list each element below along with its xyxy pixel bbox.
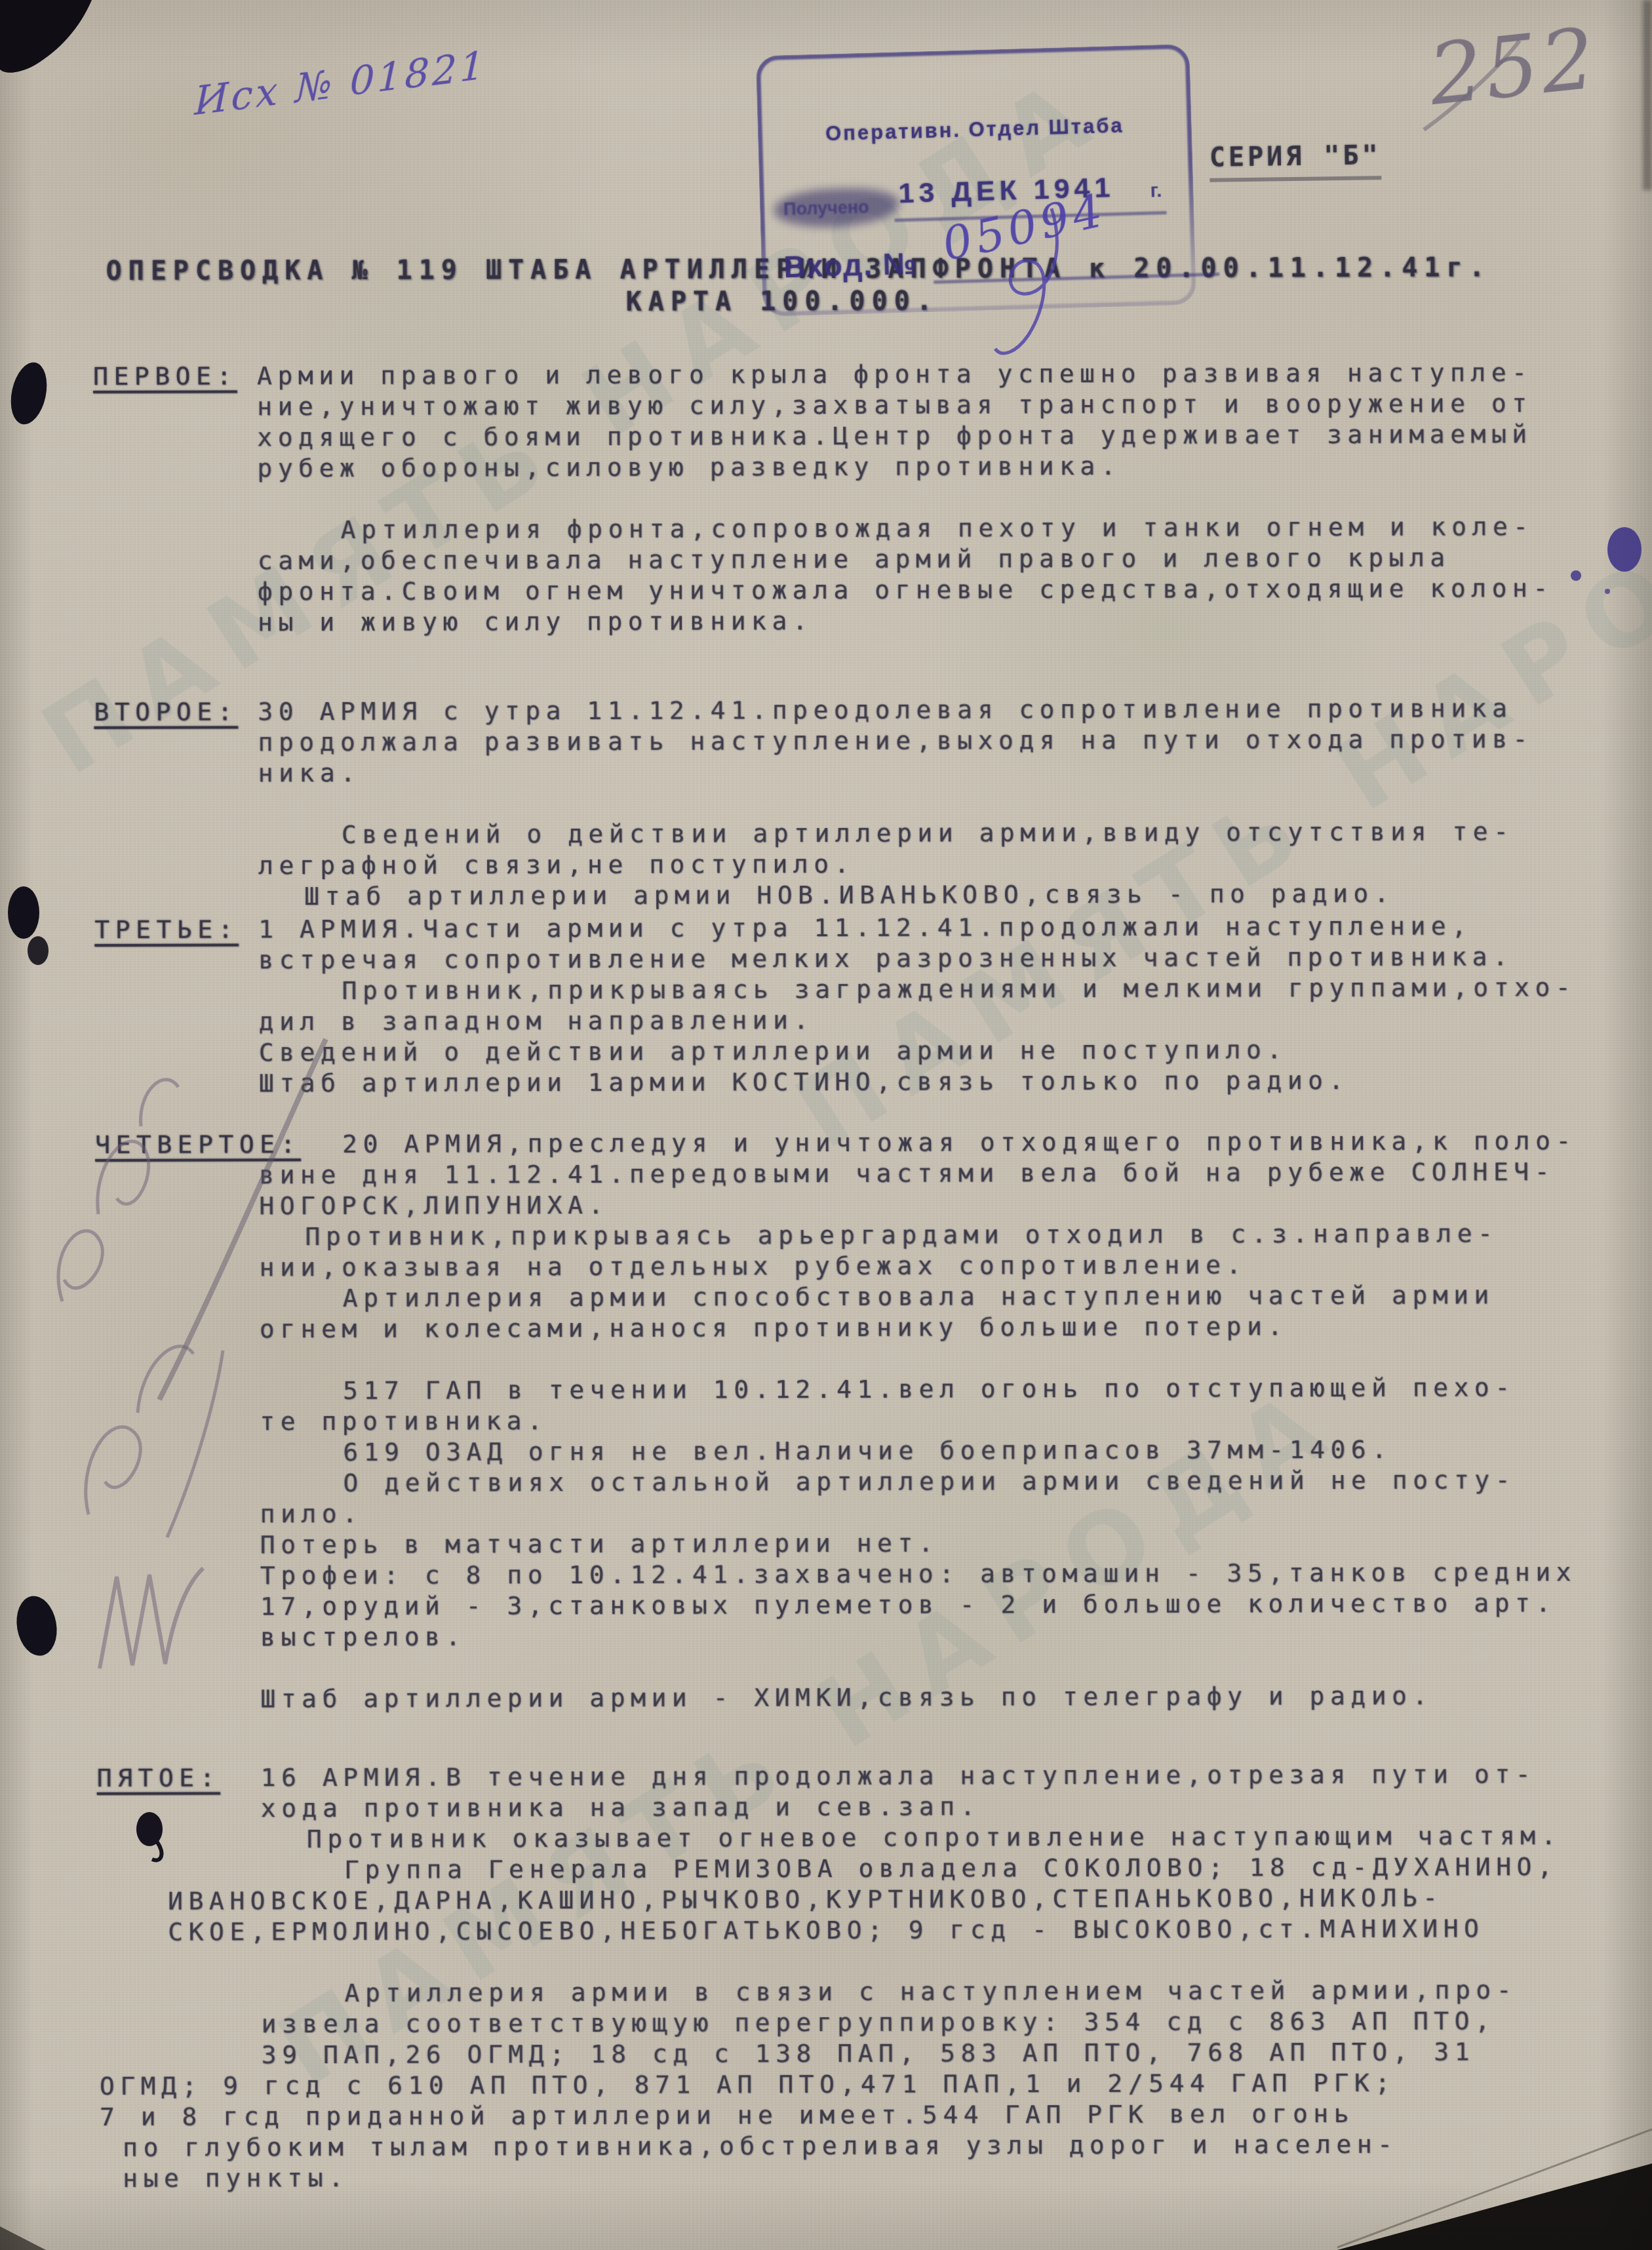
typed-line: леграфной связи,не поступило. (258, 847, 1638, 882)
typed-line: сами,обеспечивала наступление армий прав… (258, 542, 1638, 577)
typed-line: пило. (260, 1495, 1640, 1530)
typed-line: ходящего с боями противника.Центр фронта… (257, 419, 1637, 454)
typed-line: извела соответствующую перегруппировку: … (262, 2005, 1642, 2040)
section-label-pyatoe: ПЯТОЕ: (97, 1762, 220, 1793)
stamp-entry-label: Вход. № (783, 246, 918, 285)
typed-line: дил в западном направлении. (259, 1003, 1639, 1038)
section-vtoroe: ВТОРОЕ: 30 АРМИЯ с утра 11.12.41.преодол… (94, 693, 1638, 913)
typed-line: Штаб артиллерии 1армии КОСТИНО,связь тол… (259, 1065, 1639, 1099)
typed-line: Артиллерия армии способствовала наступле… (260, 1280, 1640, 1314)
typed-line: 619 ОЗАД огня не вел.Наличие боеприпасов… (260, 1434, 1640, 1469)
typed-line: ные пункты. (123, 2160, 1642, 2194)
typed-line: СКОЕ,ЕРМОЛИНО,СЫСОЕВО,НЕБОГАТЬКОВО; 9 гс… (168, 1913, 1641, 1948)
section-pervoe: ПЕРВОЕ: Армии правого и левого крыла фро… (93, 357, 1638, 639)
section-label-tretye: ТРЕТЬЕ: (94, 914, 239, 945)
typed-line: Сведений о действии артиллерии армии не … (259, 1034, 1639, 1069)
typed-line: те противника. (260, 1403, 1640, 1438)
typed-line: Группа Генерала РЕМИЗОВА овладела СОКОЛО… (261, 1851, 1641, 1886)
typed-line: О действиях остальной артиллерии армии с… (260, 1465, 1640, 1499)
typed-line: 7 и 8 гсд приданной артиллерии не имеет.… (100, 2098, 1642, 2133)
stamp-year-suffix: г. (1150, 180, 1162, 202)
typed-line: продолжала развивать наступление,выходя … (258, 724, 1638, 759)
typed-line: хода противника на запад и сев.зап. (261, 1790, 1641, 1825)
typed-line: 39 ПАП,26 ОГМД; 18 сд с 138 ПАП, 583 АП … (262, 2036, 1642, 2071)
scanned-document-page: { "document": { "outgoing_number": "Исх … (0, 0, 1652, 2250)
series-marking: СЕРИЯ "Б" (1209, 140, 1382, 182)
typed-text-layer: ОПЕРСВОДКА № 119 ШТАБА АРТИЛЛЕРИИ ЗАПФРО… (0, 0, 1652, 2250)
typed-line: Противник оказывает огневое сопротивлени… (261, 1821, 1641, 1855)
typed-line: Армии правого и левого крыла фронта успе… (257, 357, 1637, 392)
section-pyatoe: ПЯТОЕ: 16 АРМИЯ.В течение дня продолжала… (97, 1759, 1642, 2194)
typed-line: Потерь в матчасти артиллерии нет. (260, 1526, 1640, 1561)
typed-line: Артиллерия армии в связи с наступлением … (261, 1975, 1641, 2009)
scan-edge-shadow (1643, 0, 1652, 190)
typed-line: 30 АРМИЯ с утра 11.12.41.преодолевая соп… (258, 693, 1638, 728)
section-label-chetvertoe: ЧЕТВЕРТОЕ: (95, 1129, 301, 1160)
typed-line: 20 АРМИЯ,преследуя и уничтожая отходящег… (259, 1126, 1639, 1160)
section-chetvertoe: ЧЕТВЕРТОЕ: 20 АРМИЯ,преследуя и уничтожа… (95, 1126, 1640, 1715)
typed-line: 517 ГАП в течении 10.12.41.вел огонь по … (260, 1372, 1640, 1407)
stamp-received-label: Получено (783, 197, 869, 220)
receiving-stamp: Оперативн. Отдел Штаба Получено 13 ДЕК 1… (756, 44, 1197, 317)
typed-line: 1 АРМИЯ.Части армии с утра 11.12.41.прод… (258, 911, 1638, 945)
typed-line: фронта.Своим огнем уничтожала огневые ср… (258, 573, 1638, 608)
typed-line: НОГОРСК,ЛИПУНИХА. (259, 1187, 1639, 1222)
typed-line: ОГМД; 9 гсд с 610 АП ПТО, 871 АП ПТО,471… (100, 2067, 1642, 2102)
typed-line: по глубоким тылам противника,обстреливая… (123, 2129, 1642, 2163)
section-tretye: ТРЕТЬЕ: 1 АРМИЯ.Части армии с утра 11.12… (94, 911, 1639, 1099)
typed-line: нии,оказывая на отдельных рубежах сопрот… (260, 1249, 1640, 1284)
typed-line: вине дня 11.12.41.передовыми частями вел… (259, 1156, 1639, 1191)
typed-line: огнем и колесами,нанося противнику больш… (260, 1311, 1640, 1345)
typed-line: ИВАНОВСКОЕ,ДАРНА,КАШИНО,РЫЧКОВО,КУРТНИКО… (168, 1882, 1641, 1917)
typed-line: встречая сопротивление мелких разрозненн… (258, 941, 1638, 976)
typed-line: Трофеи: с 8 по 10.12.41.захвачено: автом… (260, 1557, 1640, 1592)
typed-line: Артиллерия фронта,сопровождая пехоту и т… (258, 511, 1638, 546)
typed-line: 17,орудий - 3,станковых пулеметов - 2 и … (260, 1588, 1640, 1623)
typed-line: Противник,прикрываясь заграждениями и ме… (258, 972, 1638, 1007)
typed-line: ны и живую силу противника. (258, 604, 1638, 639)
section-label-pervoe: ПЕРВОЕ: (93, 361, 237, 392)
typed-line: рубеж обороны,силовую разведку противник… (257, 450, 1637, 484)
typed-line: Штаб артиллерии армии НОВ.ИВАНЬКОВО,связ… (258, 878, 1638, 913)
typed-line: выстрелов. (260, 1619, 1640, 1653)
handwritten-page-number: 252 (1425, 10, 1602, 125)
section-label-vtoroe: ВТОРОЕ: (94, 696, 238, 728)
typed-line: ника. (258, 755, 1638, 789)
typed-line: ние,уничтожают живую силу,захватывая тра… (257, 388, 1637, 423)
typed-line: Сведений о действии артиллерии армии,вви… (258, 816, 1638, 851)
typed-line: Противник,прикрываясь арьергардами отход… (259, 1218, 1639, 1253)
typed-line: Штаб артиллерии армии - ХИМКИ,связь по т… (260, 1680, 1640, 1715)
typed-line: 16 АРМИЯ.В течение дня продолжала наступ… (261, 1759, 1641, 1794)
